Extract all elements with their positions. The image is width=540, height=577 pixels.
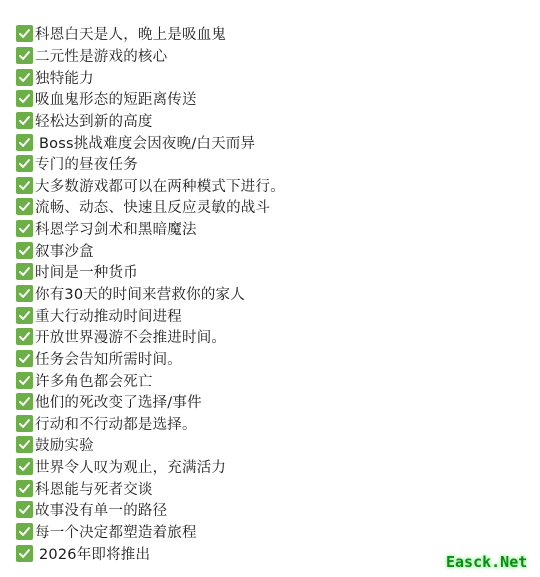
check-box-icon — [16, 415, 33, 432]
check-box-icon — [16, 90, 33, 107]
checklist-item: 你有30天的时间来营救你的家人 — [16, 283, 285, 305]
check-box-icon — [16, 350, 33, 367]
checklist-item: 吸血鬼形态的短距离传送 — [16, 88, 285, 110]
checklist-item: 重大行动推动时间进程 — [16, 304, 285, 326]
checklist-item-label: 他们的死改变了选择/事件 — [35, 391, 202, 412]
checklist-item: 世界令人叹为观止，充满活力 — [16, 456, 285, 478]
checklist-item-label: 2026年即将推出 — [35, 543, 150, 564]
checklist-item-label: 专门的昼夜任务 — [35, 153, 138, 174]
check-box-icon — [16, 328, 33, 345]
checklist-item-label: 科恩白天是人，晚上是吸血鬼 — [35, 23, 226, 44]
checklist-item-label: 二元性是游戏的核心 — [35, 45, 167, 66]
checklist-item: 许多角色都会死亡 — [16, 369, 285, 391]
checklist-item: 行动和不行动都是选择。 — [16, 413, 285, 435]
check-box-icon — [16, 69, 33, 86]
check-box-icon — [16, 523, 33, 540]
check-box-icon — [16, 393, 33, 410]
checklist-item-label: 世界令人叹为观止，充满活力 — [35, 456, 226, 477]
check-box-icon — [16, 25, 33, 42]
check-box-icon — [16, 155, 33, 172]
checklist-item: 每一个决定都塑造着旅程 — [16, 521, 285, 543]
check-box-icon — [16, 545, 33, 562]
checklist-item: 他们的死改变了选择/事件 — [16, 391, 285, 413]
checklist-item: 任务会告知所需时间。 — [16, 348, 285, 370]
checklist-item: 轻松达到新的高度 — [16, 110, 285, 132]
checklist-item-label: 开放世界漫游不会推进时间。 — [35, 326, 226, 347]
check-box-icon — [16, 47, 33, 64]
checklist-item-label: 独特能力 — [35, 67, 94, 88]
checklist-item: 科恩白天是人，晚上是吸血鬼 — [16, 23, 285, 45]
checklist-item-label: 流畅、动态、快速且反应灵敏的战斗 — [35, 196, 270, 217]
checklist-item-label: 轻松达到新的高度 — [35, 110, 153, 131]
checklist-item: 专门的昼夜任务 — [16, 153, 285, 175]
checklist-item-label: 科恩学习剑术和黑暗魔法 — [35, 218, 197, 239]
checklist-item: 2026年即将推出 — [16, 542, 285, 564]
watermark: Easck.Net — [446, 553, 527, 571]
checklist-item: 叙事沙盒 — [16, 239, 285, 261]
checklist-item-label: 大多数游戏都可以在两种模式下进行。 — [35, 175, 285, 196]
checklist-item-label: 故事没有单一的路径 — [35, 499, 167, 520]
checklist-item-label: 许多角色都会死亡 — [35, 370, 153, 391]
checklist-item: 大多数游戏都可以在两种模式下进行。 — [16, 174, 285, 196]
check-box-icon — [16, 458, 33, 475]
checklist-item: 流畅、动态、快速且反应灵敏的战斗 — [16, 196, 285, 218]
check-box-icon — [16, 372, 33, 389]
checklist-item-label: 科恩能与死者交谈 — [35, 478, 153, 499]
checklist-item-label: 重大行动推动时间进程 — [35, 305, 182, 326]
checklist-item: 开放世界漫游不会推进时间。 — [16, 326, 285, 348]
feature-checklist: 科恩白天是人，晚上是吸血鬼二元性是游戏的核心独特能力吸血鬼形态的短距离传送轻松达… — [16, 23, 285, 564]
check-box-icon — [16, 134, 33, 151]
check-box-icon — [16, 285, 33, 302]
checklist-item: 鼓励实验 — [16, 434, 285, 456]
check-box-icon — [16, 436, 33, 453]
checklist-item-label: 行动和不行动都是选择。 — [35, 413, 197, 434]
checklist-item-label: 鼓励实验 — [35, 434, 94, 455]
checklist-item: 科恩学习剑术和黑暗魔法 — [16, 218, 285, 240]
check-box-icon — [16, 307, 33, 324]
checklist-item-label: 任务会告知所需时间。 — [35, 348, 182, 369]
check-box-icon — [16, 177, 33, 194]
checklist-item: 二元性是游戏的核心 — [16, 45, 285, 67]
checklist-item-label: 每一个决定都塑造着旅程 — [35, 521, 197, 542]
check-box-icon — [16, 480, 33, 497]
check-box-icon — [16, 112, 33, 129]
check-box-icon — [16, 220, 33, 237]
checklist-item: 时间是一种货币 — [16, 261, 285, 283]
check-box-icon — [16, 501, 33, 518]
checklist-item: 独特能力 — [16, 66, 285, 88]
check-box-icon — [16, 198, 33, 215]
checklist-item-label: 叙事沙盒 — [35, 240, 94, 261]
checklist-item: Boss挑战难度会因夜晚/白天而异 — [16, 131, 285, 153]
checklist-item: 故事没有单一的路径 — [16, 499, 285, 521]
checklist-item-label: 吸血鬼形态的短距离传送 — [35, 88, 197, 109]
check-box-icon — [16, 242, 33, 259]
checklist-item-label: 时间是一种货币 — [35, 261, 138, 282]
check-box-icon — [16, 263, 33, 280]
checklist-item-label: Boss挑战难度会因夜晚/白天而异 — [35, 132, 255, 153]
checklist-item-label: 你有30天的时间来营救你的家人 — [35, 283, 245, 304]
checklist-item: 科恩能与死者交谈 — [16, 477, 285, 499]
